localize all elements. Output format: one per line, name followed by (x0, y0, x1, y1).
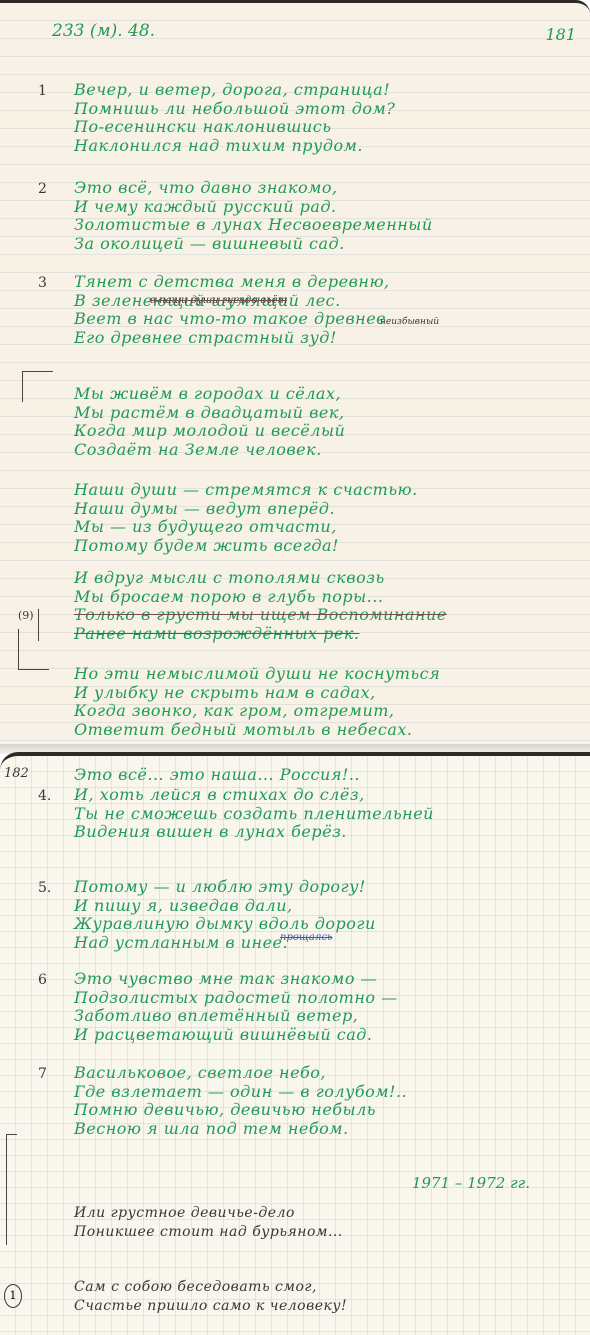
verse-line: И вдруг мысли с тополями сквозь (40, 569, 580, 588)
stanza-7: Но эти немыслимой души не коснуться И ул… (40, 665, 580, 739)
verse-line: Золотистые в лунах Несвоевременный (40, 216, 580, 235)
verse-line: Это всё, что давно знакомо, (40, 179, 580, 198)
struck-verse-line: Только в грусти мы ищем Воспоминание (40, 606, 580, 625)
struck-verse-line: Ранее нами возрождённых рек. (40, 625, 580, 644)
stanza-number: 2 (38, 181, 47, 197)
struck-insertion: в наши души гнездо вьёт (150, 295, 287, 306)
note-line: Сам с собою беседовать смог, (40, 1278, 580, 1297)
margin-bracket (6, 1134, 17, 1245)
verse-line: Помню девичью, девичью небыль (40, 1101, 580, 1120)
notebook-page-182: 182 Это всё... это наша... Россия!.. 4. … (0, 752, 590, 1335)
verse-line: Наклонился над тихим прудом. (40, 137, 580, 156)
verse-line: Ты не сможешь создать пленительней (40, 805, 580, 824)
verse-line: Мы растём в двадцатый век, (40, 404, 580, 423)
stanza-1: 1 Вечер, и ветер, дорога, страница! Помн… (40, 81, 580, 155)
verse-line: Создаёт на Земле человек. (40, 441, 580, 460)
verse-line: Но эти немыслимой души не коснуться (40, 665, 580, 684)
margin-mark: (9) (18, 609, 34, 622)
pencil-note-2: Сам с собою беседовать смог, Счастье при… (40, 1278, 580, 1315)
verse-line: Наши думы — ведут вперёд. (40, 500, 580, 519)
verse-line: Когда звонко, как гром, отгремит, (40, 702, 580, 721)
verse-line: Видения вишен в лунах берёз. (40, 823, 580, 842)
stanza-b7: 7 Васильковое, светлое небо, Где взлетае… (40, 1064, 580, 1138)
verse-line: В зеленеющий шумящий лес. (40, 292, 580, 311)
stanza-5: Наши души — стремятся к счастью. Наши ду… (40, 481, 580, 555)
verse-line: Помнишь ли небольшой этот дом? (40, 100, 580, 119)
stanza-number: 1 (38, 83, 47, 99)
verse-line: И, хоть лейся в стихах до слёз, (40, 786, 580, 805)
verse-line: Мы живём в городах и сёлах, (40, 385, 580, 404)
stanza-6: И вдруг мысли с тополями сквозь Мы броса… (40, 569, 580, 643)
stanza-number: 5. (38, 880, 51, 896)
verse-line: Журавлиную дымку вдоль дороги (40, 915, 580, 934)
verse-line: Веет в нас что-то такое древнее (40, 310, 580, 329)
archive-code: 233 (м). 48. (52, 21, 155, 41)
verse-line: Васильковое, светлое небо, (40, 1064, 580, 1083)
verse-line: Весною я шла под тем небом. (40, 1120, 580, 1139)
struck-insertion: прощаясь (280, 932, 333, 943)
verse-line: Где взлетает — один — в голубом!.. (40, 1083, 580, 1102)
stanza-continuation: Это всё... это наша... Россия!.. (40, 766, 580, 785)
verse-line: Подзолистых радостей полотно — (40, 989, 580, 1008)
date-signature: 1971 – 1972 гг. (412, 1174, 530, 1192)
stanza-number: 3 (38, 275, 47, 291)
stanza-number: 4. (38, 788, 51, 804)
stanza-number: 7 (38, 1066, 47, 1082)
page-number: 182 (4, 766, 29, 781)
verse-line: Это чувство мне так знакомо — (40, 970, 580, 989)
stanza-b6: 6 Это чувство мне так знакомо — Подзолис… (40, 970, 580, 1044)
stanza-2: 2 Это всё, что давно знакомо, И чему каж… (40, 179, 580, 253)
stanza-4: Мы живём в городах и сёлах, Мы растём в … (40, 385, 580, 459)
verse-line: Когда мир молодой и весёлый (40, 422, 580, 441)
note-line: Поникшее стоит над бурьяном... (40, 1223, 580, 1242)
notebook-page-181: 233 (м). 48. 181 1 Вечер, и ветер, дорог… (0, 0, 590, 752)
circled-mark: 1 (4, 1284, 22, 1308)
note-line: Счастье пришло само к человеку! (40, 1297, 580, 1316)
verse-line: И чему каждый русский рад. (40, 198, 580, 217)
stanza-b5: 5. Потому — и люблю эту дорогу! И пишу я… (40, 878, 580, 952)
verse-line: Мы бросаем порою в глубь поры... (40, 588, 580, 607)
verse-line: И пишу я, изведав дали, (40, 897, 580, 916)
verse-line: Это всё... это наша... Россия!.. (40, 766, 580, 785)
verse-line: Вечер, и ветер, дорога, страница! (40, 81, 580, 100)
verse-line: Заботливо вплетённый ветер, (40, 1007, 580, 1026)
verse-line: За околицей — вишневый сад. (40, 235, 580, 254)
verse-line: Потому — и люблю эту дорогу! (40, 878, 580, 897)
verse-line: Наши души — стремятся к счастью. (40, 481, 580, 500)
note-line: Или грустное девичье-дело (40, 1204, 580, 1223)
verse-line: Потому будем жить всегда! (40, 537, 580, 556)
pencil-note-1: Или грустное девичье-дело Поникшее стоит… (40, 1204, 580, 1241)
page-number: 181 (545, 25, 576, 44)
verse-line: Ответит бедный мотыль в небесах. (40, 721, 580, 740)
verse-line: Тянет с детства меня в деревню, (40, 273, 580, 292)
verse-line: И улыбку не скрыть нам в садах, (40, 684, 580, 703)
stanza-b4: 4. И, хоть лейся в стихах до слёз, Ты не… (40, 786, 580, 842)
verse-line: Его древнее страстный зуд! (40, 329, 580, 348)
verse-line: По-есенински наклонившись (40, 118, 580, 137)
verse-line: И расцветающий вишнёвый сад. (40, 1026, 580, 1045)
verse-line: Мы — из будущего отчасти, (40, 518, 580, 537)
stanza-number: 6 (38, 972, 47, 988)
stanza-3: 3 Тянет с детства меня в деревню, В зеле… (40, 273, 580, 347)
pencil-insertion: неизбывный (380, 317, 439, 327)
